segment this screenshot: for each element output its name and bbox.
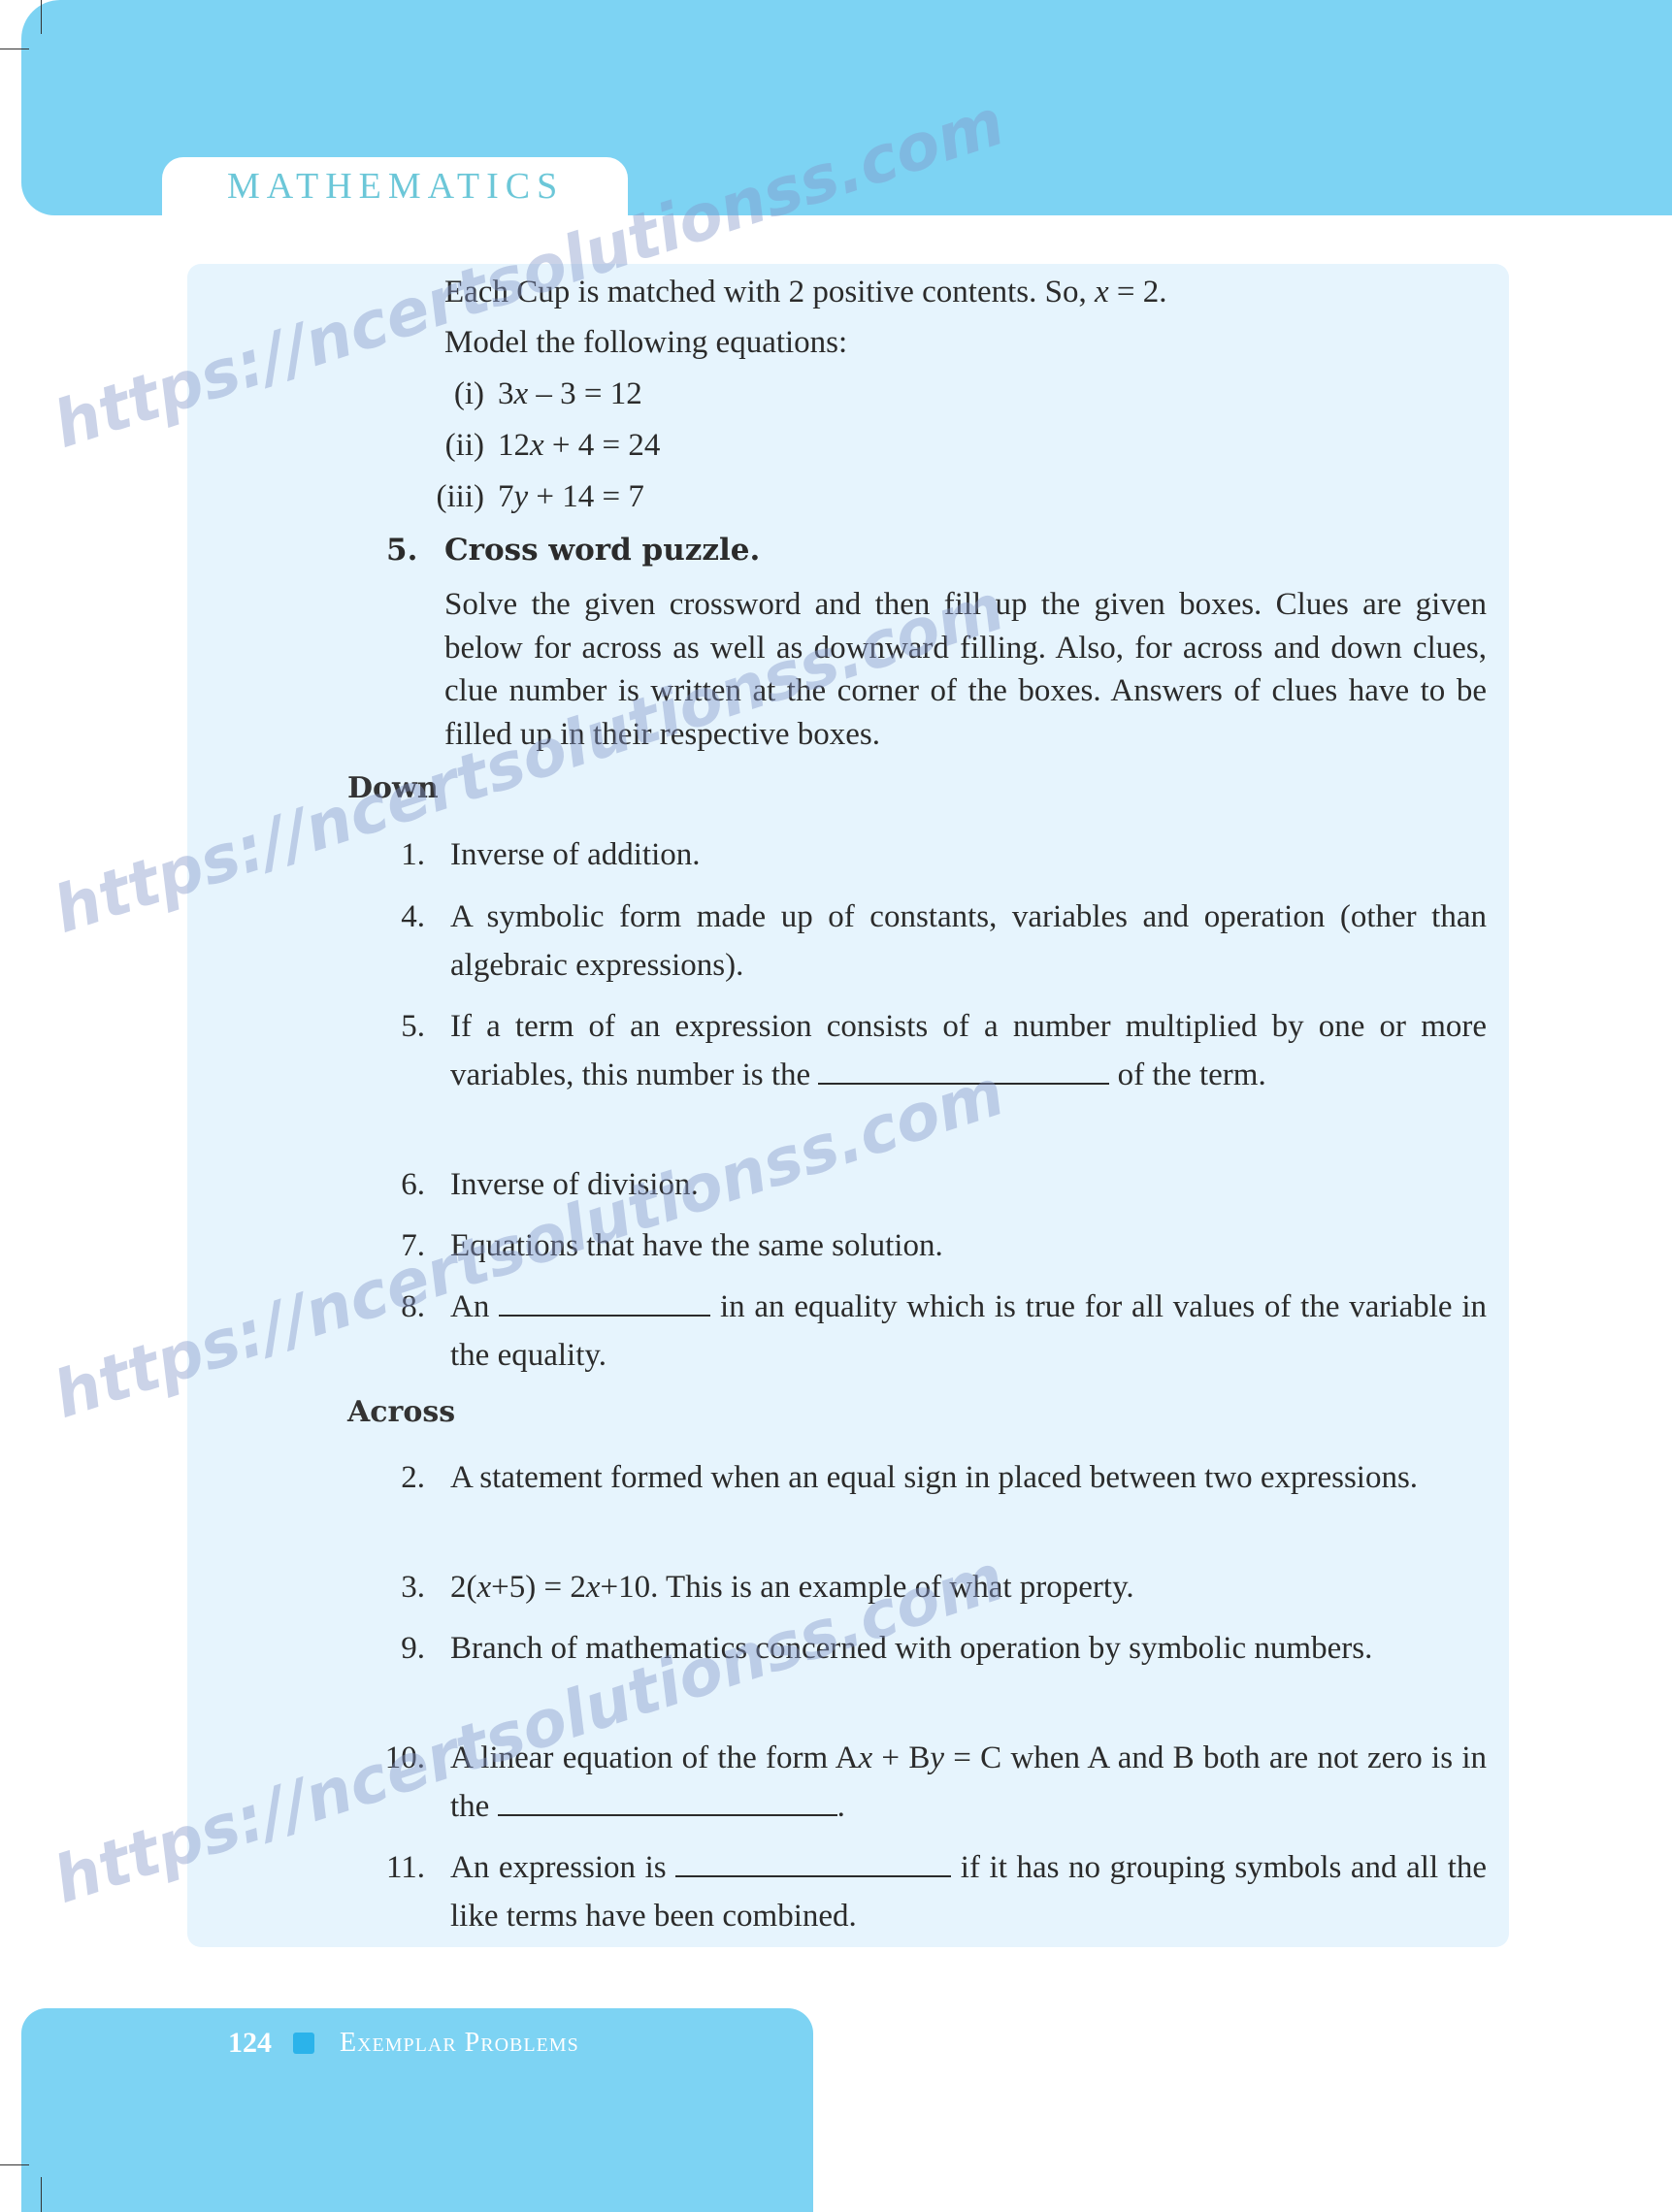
clue-text: 2(x+5) = 2x+10. This is an example of wh… <box>450 1563 1487 1611</box>
clue-number: 4. <box>369 893 425 941</box>
clue-number: 10. <box>369 1734 425 1782</box>
across-clue-10: 10. A linear equation of the form Ax + B… <box>369 1734 1487 1831</box>
variable: x <box>858 1740 872 1775</box>
square-bullet-icon <box>293 2033 314 2054</box>
question-instructions: Solve the given crossword and then fill … <box>444 583 1487 756</box>
answer-blank[interactable] <box>675 1848 951 1877</box>
across-clue-11: 11. An expression is if it has no groupi… <box>369 1843 1487 1940</box>
equation-item: (ii)12x + 4 = 24 <box>424 428 660 464</box>
clue-text-part: of the term. <box>1118 1057 1266 1092</box>
footer-banner: 124 Exemplar Problems <box>21 2008 813 2212</box>
clue-number: 9. <box>369 1624 425 1673</box>
crop-mark <box>41 2177 42 2212</box>
clue-text-part: 2( <box>450 1570 477 1605</box>
crop-mark <box>41 0 42 34</box>
variable: x <box>586 1570 601 1605</box>
equation-text: 12 <box>498 428 530 463</box>
intro-text: = 2. <box>1109 275 1167 309</box>
clue-number: 7. <box>369 1221 425 1270</box>
clue-text: Inverse of division. <box>450 1160 1487 1209</box>
answer-blank[interactable] <box>499 1287 710 1317</box>
intro-text: Each Cup is matched with 2 positive cont… <box>444 275 1095 309</box>
clue-number: 5. <box>369 1002 425 1051</box>
clue-number: 1. <box>369 830 425 879</box>
question-title: Cross word puzzle. <box>444 526 760 574</box>
across-clue-9: 9. Branch of mathematics concerned with … <box>369 1624 1487 1673</box>
down-clue-6: 6. Inverse of division. <box>369 1160 1487 1209</box>
down-clue-8: 8. An in an equality which is true for a… <box>369 1283 1487 1380</box>
down-clue-1: 1. Inverse of addition. <box>369 830 1487 879</box>
equation-item: (iii)7y + 14 = 7 <box>424 479 644 515</box>
variable: x <box>530 428 544 463</box>
down-clue-7: 7. Equations that have the same solution… <box>369 1221 1487 1270</box>
equation-number: (ii) <box>424 428 484 464</box>
crop-mark <box>0 2164 29 2165</box>
page-number: 124 <box>228 2027 272 2060</box>
variable: x <box>1095 275 1109 309</box>
equation-number: (iii) <box>424 479 484 515</box>
question-number: 5. <box>386 526 417 574</box>
across-heading: Across <box>347 1395 455 1429</box>
clue-text: An expression is if it has no grouping s… <box>450 1843 1487 1940</box>
clue-text-part: An <box>450 1289 489 1324</box>
answer-blank[interactable] <box>818 1056 1109 1085</box>
clue-number: 6. <box>369 1160 425 1209</box>
equation-text: + 14 = 7 <box>528 479 644 514</box>
clue-number: 3. <box>369 1563 425 1611</box>
across-clue-2: 2. A statement formed when an equal sign… <box>369 1453 1487 1502</box>
clue-number: 2. <box>369 1453 425 1502</box>
clue-text: An in an equality which is true for all … <box>450 1283 1487 1380</box>
equation-text: + 4 = 24 <box>544 428 661 463</box>
clue-text: A symbolic form made up of constants, va… <box>450 893 1487 990</box>
book-title: Exemplar Problems <box>340 2028 579 2059</box>
down-clue-4: 4. A symbolic form made up of constants,… <box>369 893 1487 990</box>
down-clue-5: 5. If a term of an expression consists o… <box>369 1002 1487 1099</box>
clue-number: 11. <box>369 1843 425 1892</box>
clue-text-part: An expression is <box>450 1850 667 1885</box>
clue-text: A linear equation of the form Ax + By = … <box>450 1734 1487 1831</box>
intro-line-2: Model the following equations: <box>444 318 847 367</box>
variable: y <box>514 479 529 514</box>
clue-number: 8. <box>369 1283 425 1331</box>
crop-mark <box>0 49 29 49</box>
subject-title: MATHEMATICS <box>227 165 564 208</box>
variable: x <box>477 1570 492 1605</box>
intro-line-1: Each Cup is matched with 2 positive cont… <box>444 268 1167 316</box>
clue-text: Branch of mathematics concerned with ope… <box>450 1624 1487 1673</box>
equation-number: (i) <box>424 376 484 412</box>
clue-text: Inverse of addition. <box>450 830 1487 879</box>
clue-text: Equations that have the same solution. <box>450 1221 1487 1270</box>
clue-text-part: + B <box>872 1740 930 1775</box>
clue-text-part: +10. This is an example of what property… <box>601 1570 1134 1605</box>
clue-text-part: A linear equation of the form A <box>450 1740 858 1775</box>
down-heading: Down <box>347 771 439 805</box>
clue-text-part: . <box>837 1789 845 1824</box>
subject-tab: MATHEMATICS <box>162 157 628 244</box>
equation-item: (i)3x – 3 = 12 <box>424 376 642 412</box>
answer-blank[interactable] <box>498 1787 837 1816</box>
equation-text: 3 <box>498 376 514 411</box>
clue-text: If a term of an expression consists of a… <box>450 1002 1487 1099</box>
clue-text: A statement formed when an equal sign in… <box>450 1453 1487 1502</box>
clue-text-part: +5) = 2 <box>491 1570 586 1605</box>
variable: y <box>930 1740 944 1775</box>
content-box <box>187 264 1509 1947</box>
equation-text: – 3 = 12 <box>528 376 642 411</box>
variable: x <box>514 376 529 411</box>
equation-text: 7 <box>498 479 514 514</box>
across-clue-3: 3. 2(x+5) = 2x+10. This is an example of… <box>369 1563 1487 1611</box>
